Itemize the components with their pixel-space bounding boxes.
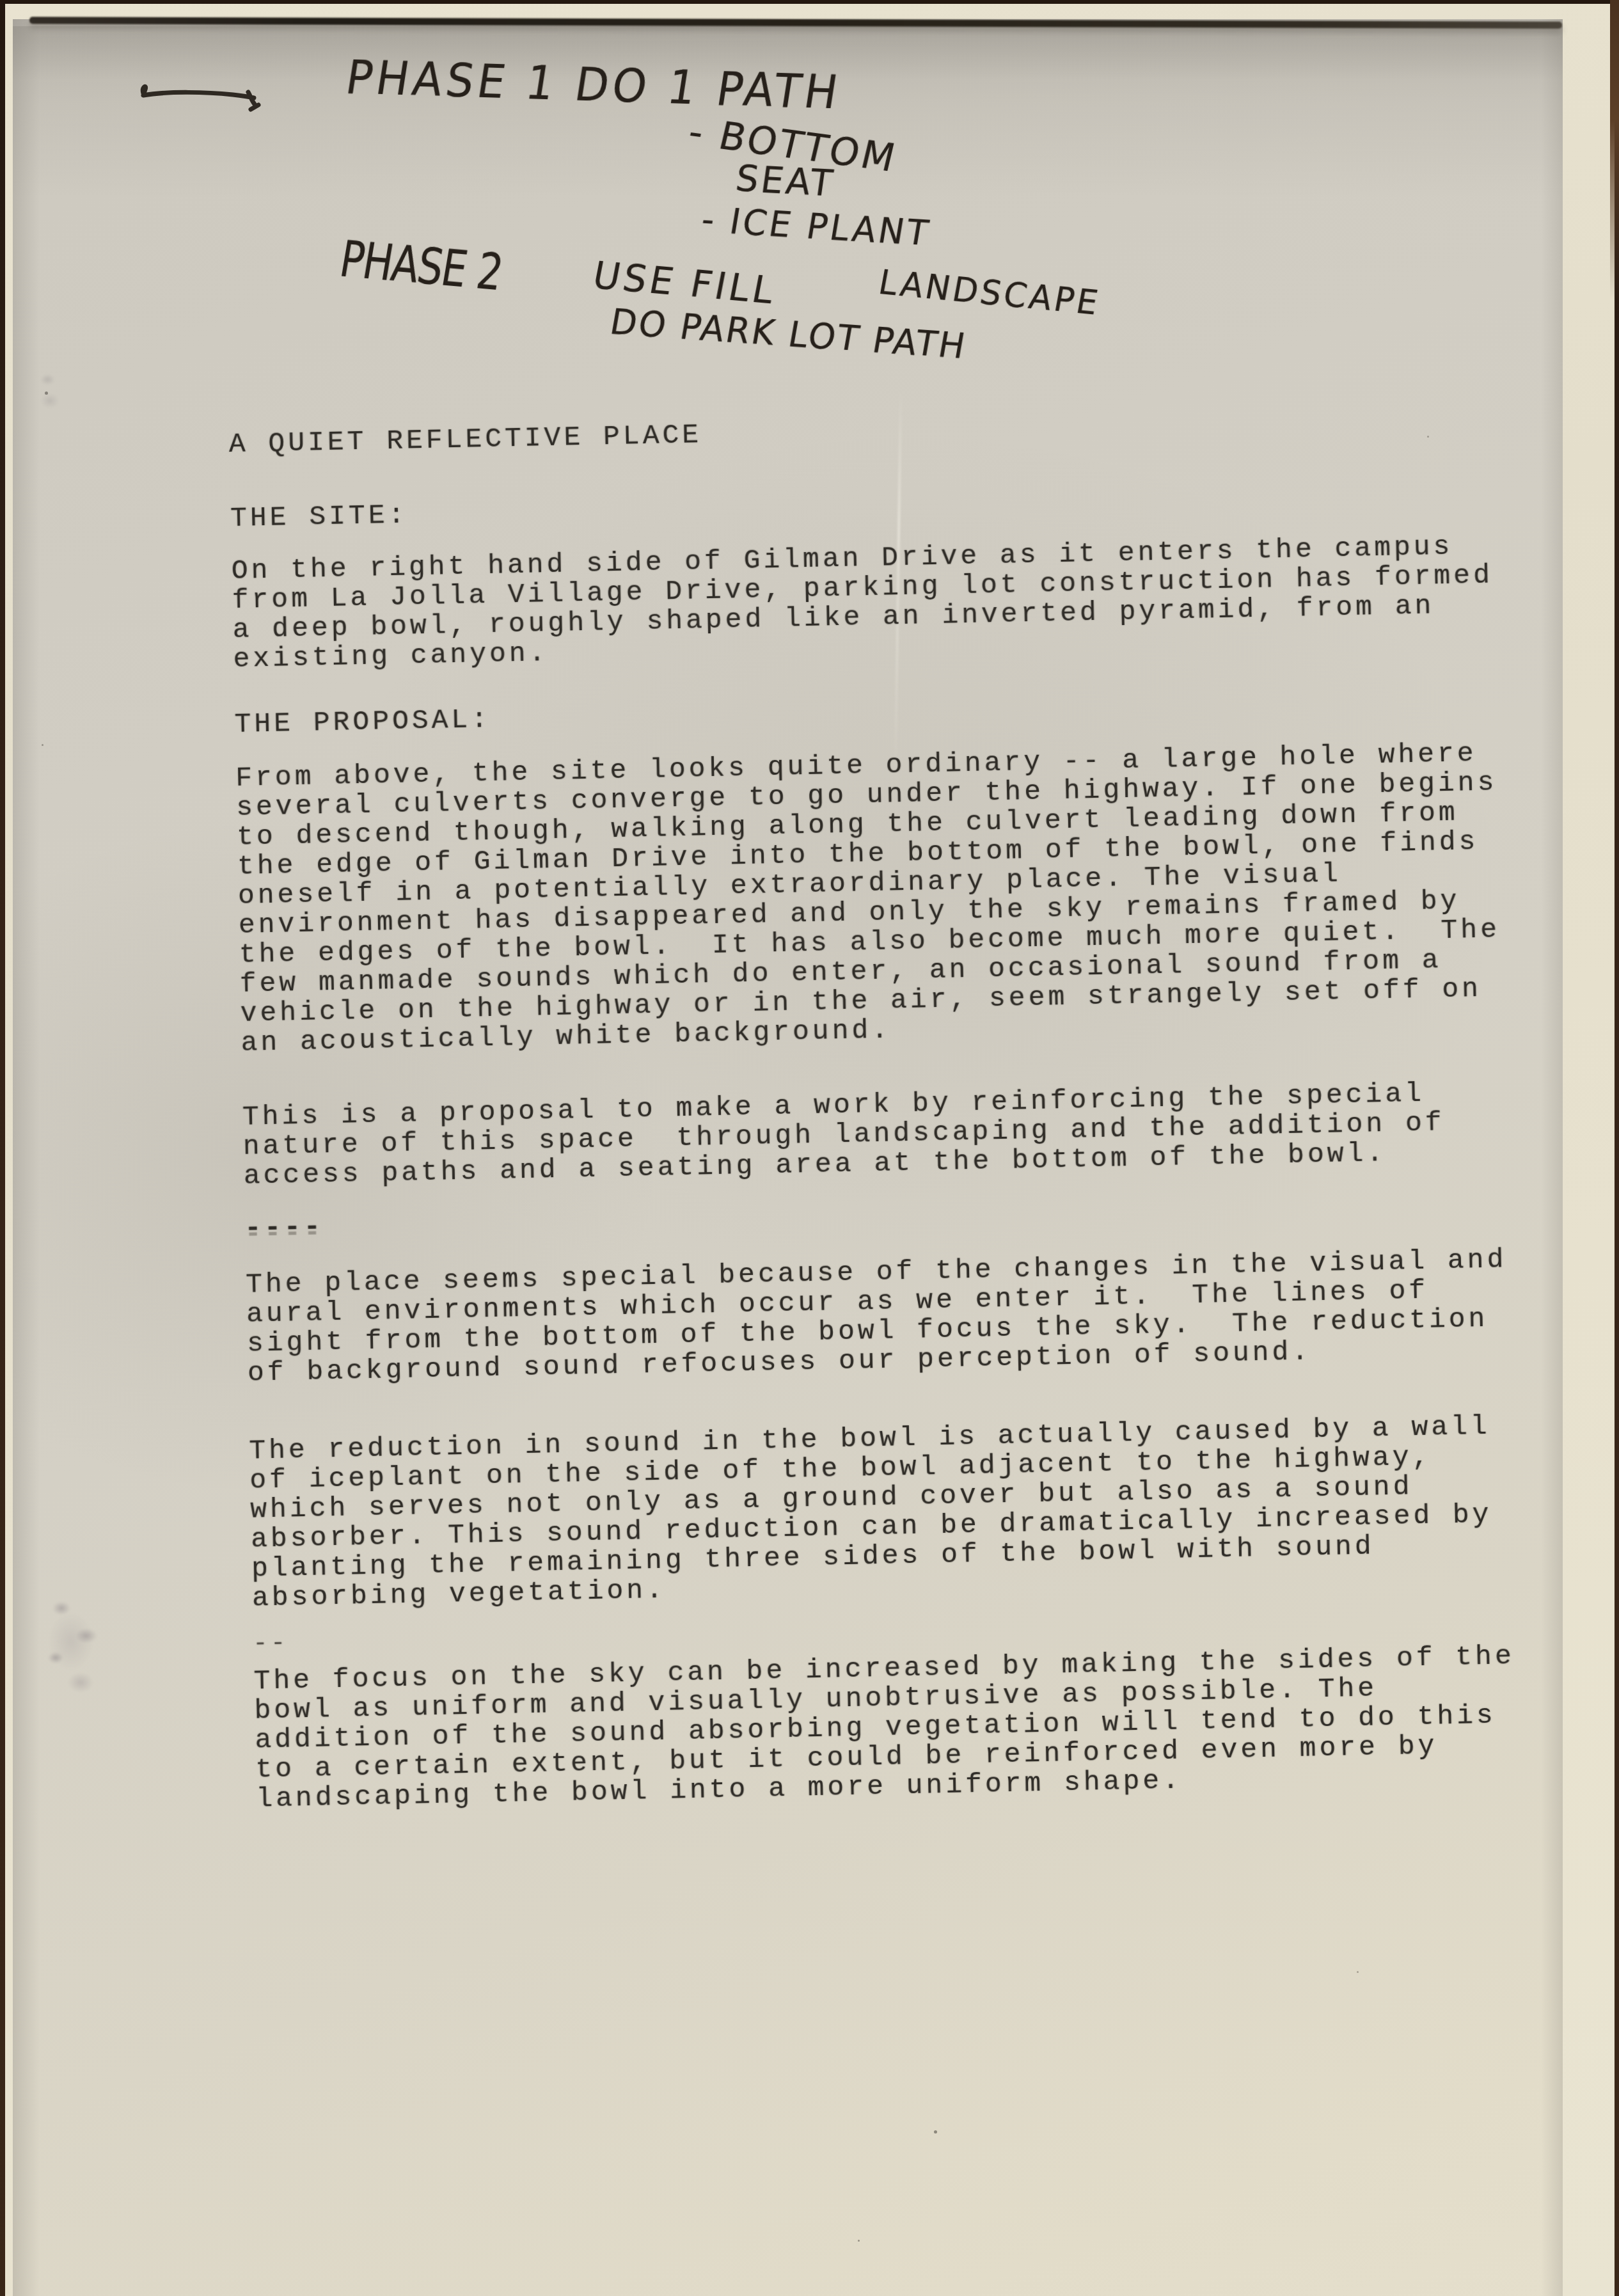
section-heading-site: THE SITE: xyxy=(230,500,408,534)
paragraph-proposal-2: This is a proposal to make a work by rei… xyxy=(242,1079,1446,1191)
typed-text-layer: A QUIET REFLECTIVE PLACE THE SITE: On th… xyxy=(0,0,1619,2296)
typed-divider: ---- xyxy=(244,1212,324,1243)
document-title: A QUIET REFLECTIVE PLACE xyxy=(228,420,702,459)
section-heading-proposal: THE PROPOSAL: xyxy=(234,705,491,740)
paragraph-proposal-1: From above, the site looks quite ordinar… xyxy=(235,738,1502,1057)
photographed-document: PHASE 1 DO 1 PATH - BOTTOM SEAT - ICE PL… xyxy=(0,0,1619,2296)
paragraph-discussion-1: The place seems special because of the c… xyxy=(246,1245,1509,1388)
margin-tick: -- xyxy=(253,1629,289,1659)
paragraph-discussion-3: The focus on the sky can be increased by… xyxy=(253,1642,1517,1814)
paragraph-site: On the right hand side of Gilman Drive a… xyxy=(231,531,1494,674)
paragraph-discussion-2: The reduction in sound in the bowl is ac… xyxy=(249,1412,1494,1613)
